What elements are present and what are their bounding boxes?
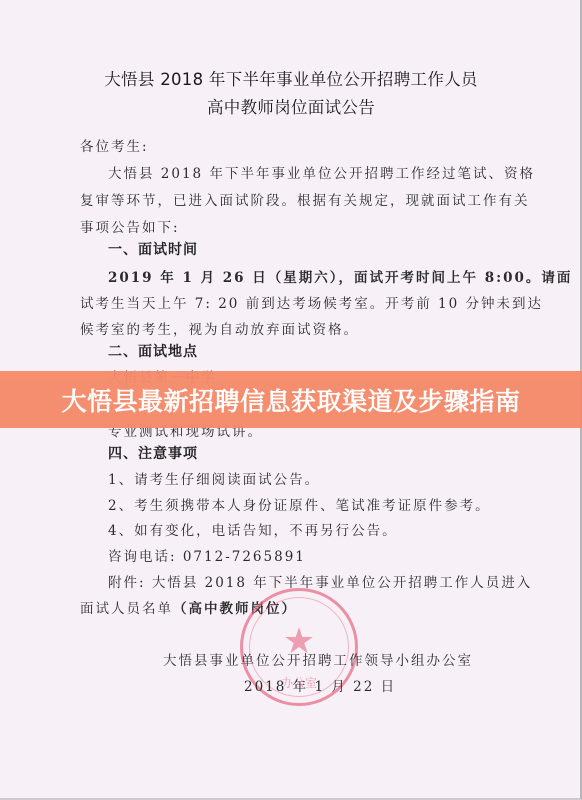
intro-line-1: 大悟县 2018 年下半年事业单位公开招聘工作经过笔试、资格 [108,162,535,182]
contact-phone: 咨询电话: 0712-7265891 [108,545,306,565]
section1-line-1: 2019 年 1 月 26 日（星期六），面试开考时间上午 8:00。请面 [108,266,572,286]
banner-text: 大悟县最新招聘信息获取渠道及步骤指南 [61,382,520,418]
intro-line-2: 复审等环节，已进入面试阶段。根据有关规定，现就面试工作有关 [80,189,530,209]
section4-item-1: 1、请考生仔细阅读面试公告。 [108,468,320,488]
signature-org: 大悟县事业单位公开招聘工作领导小组办公室 [163,649,473,669]
attachment-name: 面试人员名单 [80,601,173,617]
section1-line-2: 试考生当天上午 7: 20 前到达考场候考室。开考前 10 分钟未到达 [80,292,543,312]
intro-line-3: 事项公告如下: [80,216,180,236]
salutation: 各位考生: [80,135,149,155]
section4-item-2: 2、考生须携带本人身份证原件、笔试准考证原件参考。 [108,494,491,514]
section2-heading: 二、面试地点 [108,341,198,361]
title-banner: 大悟县最新招聘信息获取渠道及步骤指南 [0,371,582,428]
signature-date: 2018 年 1 月 22 日 [244,675,396,695]
section4-heading: 四、注意事项 [108,443,198,463]
section1-line-3: 候考室的考生，视为自动放弃面试资格。 [80,318,359,338]
section4-item-3: 4、如有变化，电话告知，不再另行公告。 [108,519,398,539]
section1-heading: 一、面试时间 [108,239,198,259]
attachment-line-1: 附件: 大悟县 2018 年下半年事业单位公开招聘工作人员进入 [108,571,532,591]
document-title-line2: 高中教师岗位面试公告 [0,94,582,118]
document-title-line1: 大悟县 2018 年下半年事业单位公开招聘工作人员 [0,66,582,90]
